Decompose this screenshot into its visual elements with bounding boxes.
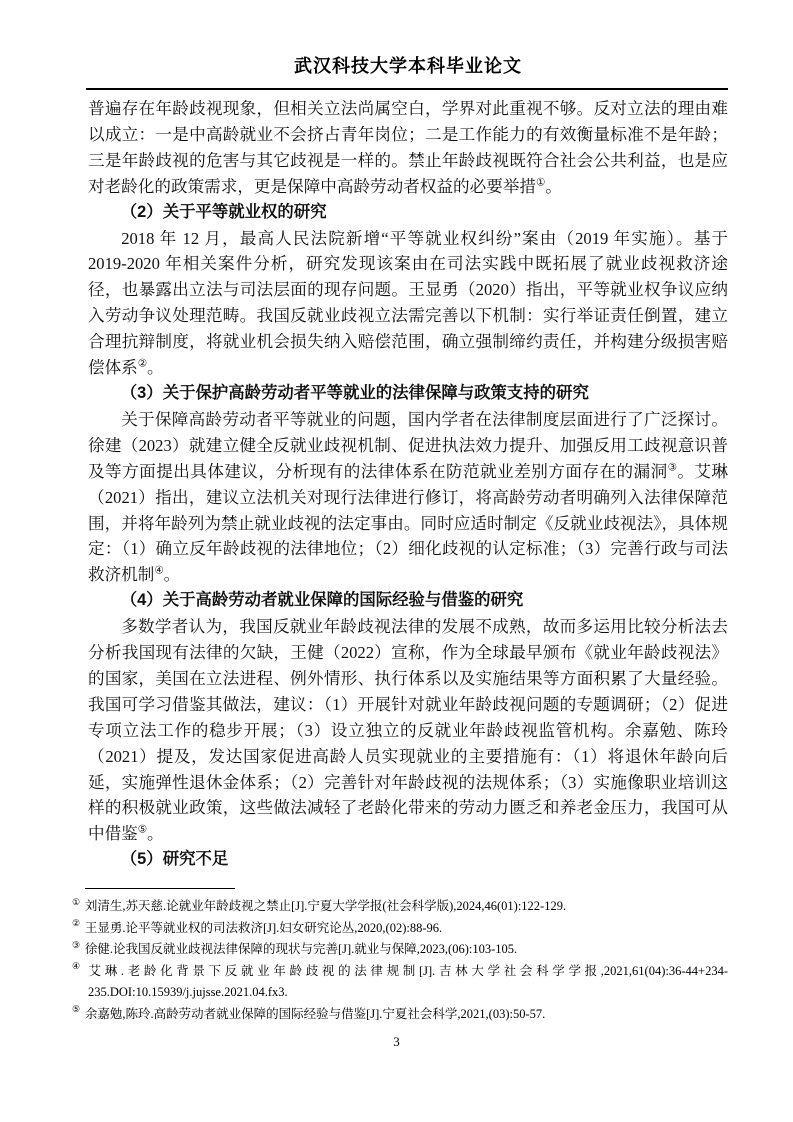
footnote-text: 余嘉勉,陈玲.高龄劳动者就业保障的国际经验与借鉴[J].宁夏社会科学,2021,…: [85, 1007, 545, 1021]
footnote-ref-1: ①: [536, 177, 545, 188]
thesis-page: 武汉科技大学本科毕业论文 普遍存在年龄歧视现象，但相关立法尚属空白，学界对此重视…: [0, 0, 793, 1122]
footnote-marker: ④: [72, 961, 84, 971]
footnote-ref-4: ④: [154, 566, 163, 577]
footnote-ref-3: ③: [668, 462, 678, 473]
paragraph-text: 。: [164, 565, 181, 584]
footnote-text: 王显勇.论平等就业权的司法救济[J].妇女研究论丛,2020,(02):88-9…: [85, 921, 442, 935]
footnote-marker: ⑤: [72, 1004, 80, 1014]
section-heading-2: （2）关于平等就业权的研究: [88, 200, 728, 226]
paragraph-text: 。: [147, 824, 164, 843]
footnote-marker: ①: [72, 897, 80, 907]
paragraph-text: 2018 年 12 月，最高人民法院新增“平等就业权纠纷”案由（2019 年实施…: [88, 229, 728, 378]
footnote-ref-5: ⑤: [138, 825, 147, 836]
paragraph-text: 多数学者认为，我国反就业年龄歧视法律的发展不成熟，故而多运用比较分析法去分析我国…: [88, 617, 728, 843]
footnote-text: 刘清生,苏天慈.论就业年龄歧视之禁止[J].宁夏大学学报(社会科学版),2024…: [85, 899, 566, 913]
footnote-item: ②王显勇.论平等就业权的司法救济[J].妇女研究论丛,2020,(02):88-…: [72, 918, 728, 940]
body-paragraph: 2018 年 12 月，最高人民法院新增“平等就业权纠纷”案由（2019 年实施…: [88, 226, 728, 381]
header-divider: [86, 88, 728, 90]
footnote-divider: [85, 888, 235, 889]
footnote-item: ⑤余嘉勉,陈玲.高龄劳动者就业保障的国际经验与借鉴[J].宁夏社会科学,2021…: [72, 1004, 728, 1026]
section-heading-5: （5）研究不足: [88, 847, 728, 873]
footnotes-section: ①刘清生,苏天慈.论就业年龄歧视之禁止[J].宁夏大学学报(社会科学版),202…: [72, 888, 728, 1025]
body-paragraph: 普遍存在年龄歧视现象，但相关立法尚属空白，学界对此重视不够。反对立法的理由难以成…: [88, 96, 728, 200]
paragraph-text: 普遍存在年龄歧视现象，但相关立法尚属空白，学界对此重视不够。反对立法的理由难以成…: [88, 99, 728, 196]
page-header-title: 武汉科技大学本科毕业论文: [88, 52, 728, 78]
body-paragraph: 多数学者认为，我国反就业年龄歧视法律的发展不成熟，故而多运用比较分析法去分析我国…: [88, 614, 728, 847]
footnote-marker: ②: [72, 918, 80, 928]
footnote-ref-2: ②: [138, 359, 147, 370]
paragraph-text: 。: [545, 177, 562, 196]
footnote-text: 徐健.论我国反就业歧视法律保障的现状与完善[J].就业与保障,2023,(06)…: [85, 942, 517, 956]
body-paragraph: 关于保障高龄劳动者平等就业的问题，国内学者在法律制度层面进行了广泛探讨。徐建（2…: [88, 407, 728, 588]
section-heading-3: （3）关于保护高龄劳动者平等就业的法律保障与政策支持的研究: [88, 381, 728, 407]
page-number: 3: [0, 1034, 793, 1050]
page-body: 普遍存在年龄歧视现象，但相关立法尚属空白，学界对此重视不够。反对立法的理由难以成…: [88, 96, 728, 873]
paragraph-text: 关于保障高龄劳动者平等就业的问题，国内学者在法律制度层面进行了广泛探讨。徐建（2…: [88, 410, 728, 481]
paragraph-text: 。: [147, 358, 164, 377]
footnote-item: ③徐健.论我国反就业歧视法律保障的现状与完善[J].就业与保障,2023,(06…: [72, 939, 728, 961]
footnote-item: ④艾琳.老龄化背景下反就业年龄歧视的法律规制[J].吉林大学社会科学学报,202…: [72, 961, 728, 1004]
footnote-marker: ③: [72, 940, 80, 950]
section-heading-4: （4）关于高龄劳动者就业保障的国际经验与借鉴的研究: [88, 588, 728, 614]
footnote-text: 艾琳.老龄化背景下反就业年龄歧视的法律规制[J].吉林大学社会科学学报,2021…: [88, 964, 728, 1000]
footnote-item: ①刘清生,苏天慈.论就业年龄歧视之禁止[J].宁夏大学学报(社会科学版),202…: [72, 896, 728, 918]
